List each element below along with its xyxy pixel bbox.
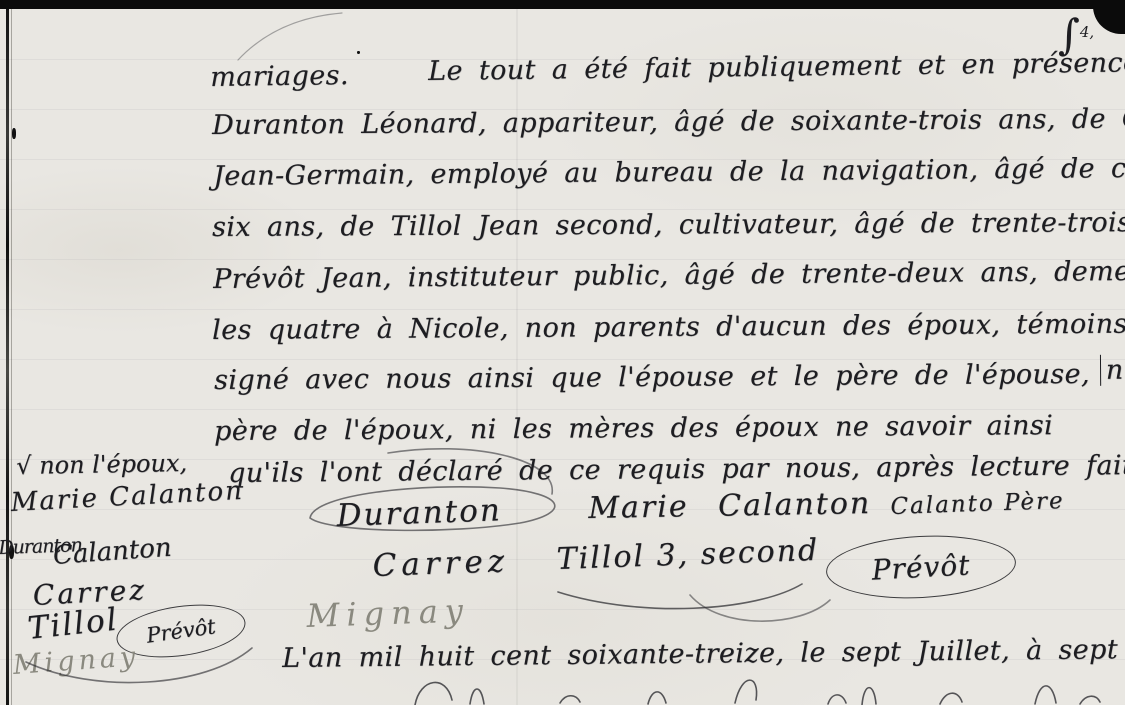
scan-edge-top	[0, 0, 1125, 9]
margin-note-text: non l'époux,	[39, 449, 187, 480]
signature-marie-calanton: Marie Calanton	[588, 486, 871, 526]
clipped-line-stroke	[1035, 686, 1056, 704]
ink-speck	[12, 128, 16, 139]
signature-mignay: Mignay	[306, 591, 470, 635]
tillol-underline	[558, 584, 802, 609]
clipped-line-stroke	[415, 682, 452, 705]
clipped-line-stroke	[940, 693, 962, 704]
renvoi-mark: √	[16, 452, 32, 480]
clipped-line-stroke	[470, 689, 484, 704]
margin-signature-prevot: Prévôt	[145, 614, 217, 647]
manuscript-line: six ans, de Tillol Jean second, cultivat…	[212, 207, 1093, 243]
manuscript-line: Le tout a été fait publiquement et en pr…	[428, 48, 1090, 87]
manuscript-intro-word: mariages.	[210, 60, 349, 93]
manuscript-line-with-insertion: signé avec nous ainsi que l'épouse et le…	[214, 359, 1092, 396]
signature-calanto-pere: Calanto Père	[890, 488, 1065, 520]
scan-corner-top-right	[1093, 0, 1125, 34]
prevot-oval-tail	[690, 595, 830, 621]
flourish-stroke	[238, 13, 342, 60]
clipped-line-stroke	[1080, 696, 1100, 704]
manuscript-line: père de l'époux, ni les mères des époux …	[214, 410, 1002, 447]
manuscript-line: Prévôt Jean, instituteur public, âgé de …	[213, 256, 1093, 295]
margin-signature-mignay: Mignay	[12, 641, 140, 681]
margin-signature-marie-calanton: Marie Calanton	[10, 476, 245, 518]
manuscript-line: qu'ils l'ont déclaré de ce requis par no…	[228, 451, 1050, 489]
manuscript-line: les quatre à Nicole, non parents d'aucun…	[212, 309, 1092, 346]
clipped-line-stroke	[828, 695, 846, 704]
ink-speck	[357, 51, 360, 54]
signed-line-before: signé avec nous ainsi que l'épouse et le…	[214, 359, 1090, 396]
clipped-line-stroke	[862, 688, 876, 705]
manuscript-line: Jean-Germain, employé au bureau de la na…	[213, 153, 1093, 192]
signature-prevot-oval: Prévôt	[825, 531, 1018, 603]
page-edge-left-inner	[11, 9, 12, 705]
margin-note: √ non l'époux,	[16, 449, 187, 480]
folio-number: 4,	[1080, 23, 1094, 41]
scanned-register-page: ∫4, mariages. Le tout a été fait publiqu…	[0, 0, 1125, 705]
clipped-line-stroke	[735, 680, 757, 703]
clipped-line-stroke	[648, 692, 666, 704]
signature-prevot: Prévôt	[871, 548, 971, 586]
signature-duranton: Duranton	[336, 492, 502, 534]
page-edge-left	[6, 9, 9, 705]
next-act-opening-line: L'an mil huit cent soixante-treize, le s…	[282, 634, 1094, 674]
manuscript-line: Duranton Léonard, appariteur, âgé de soi…	[212, 104, 1092, 141]
signature-carrez: Carrez	[372, 543, 510, 584]
inserted-word: ni	[1100, 355, 1125, 386]
signature-tillol-second: Tillol 3, second	[556, 533, 820, 577]
clipped-line-stroke	[560, 696, 580, 703]
